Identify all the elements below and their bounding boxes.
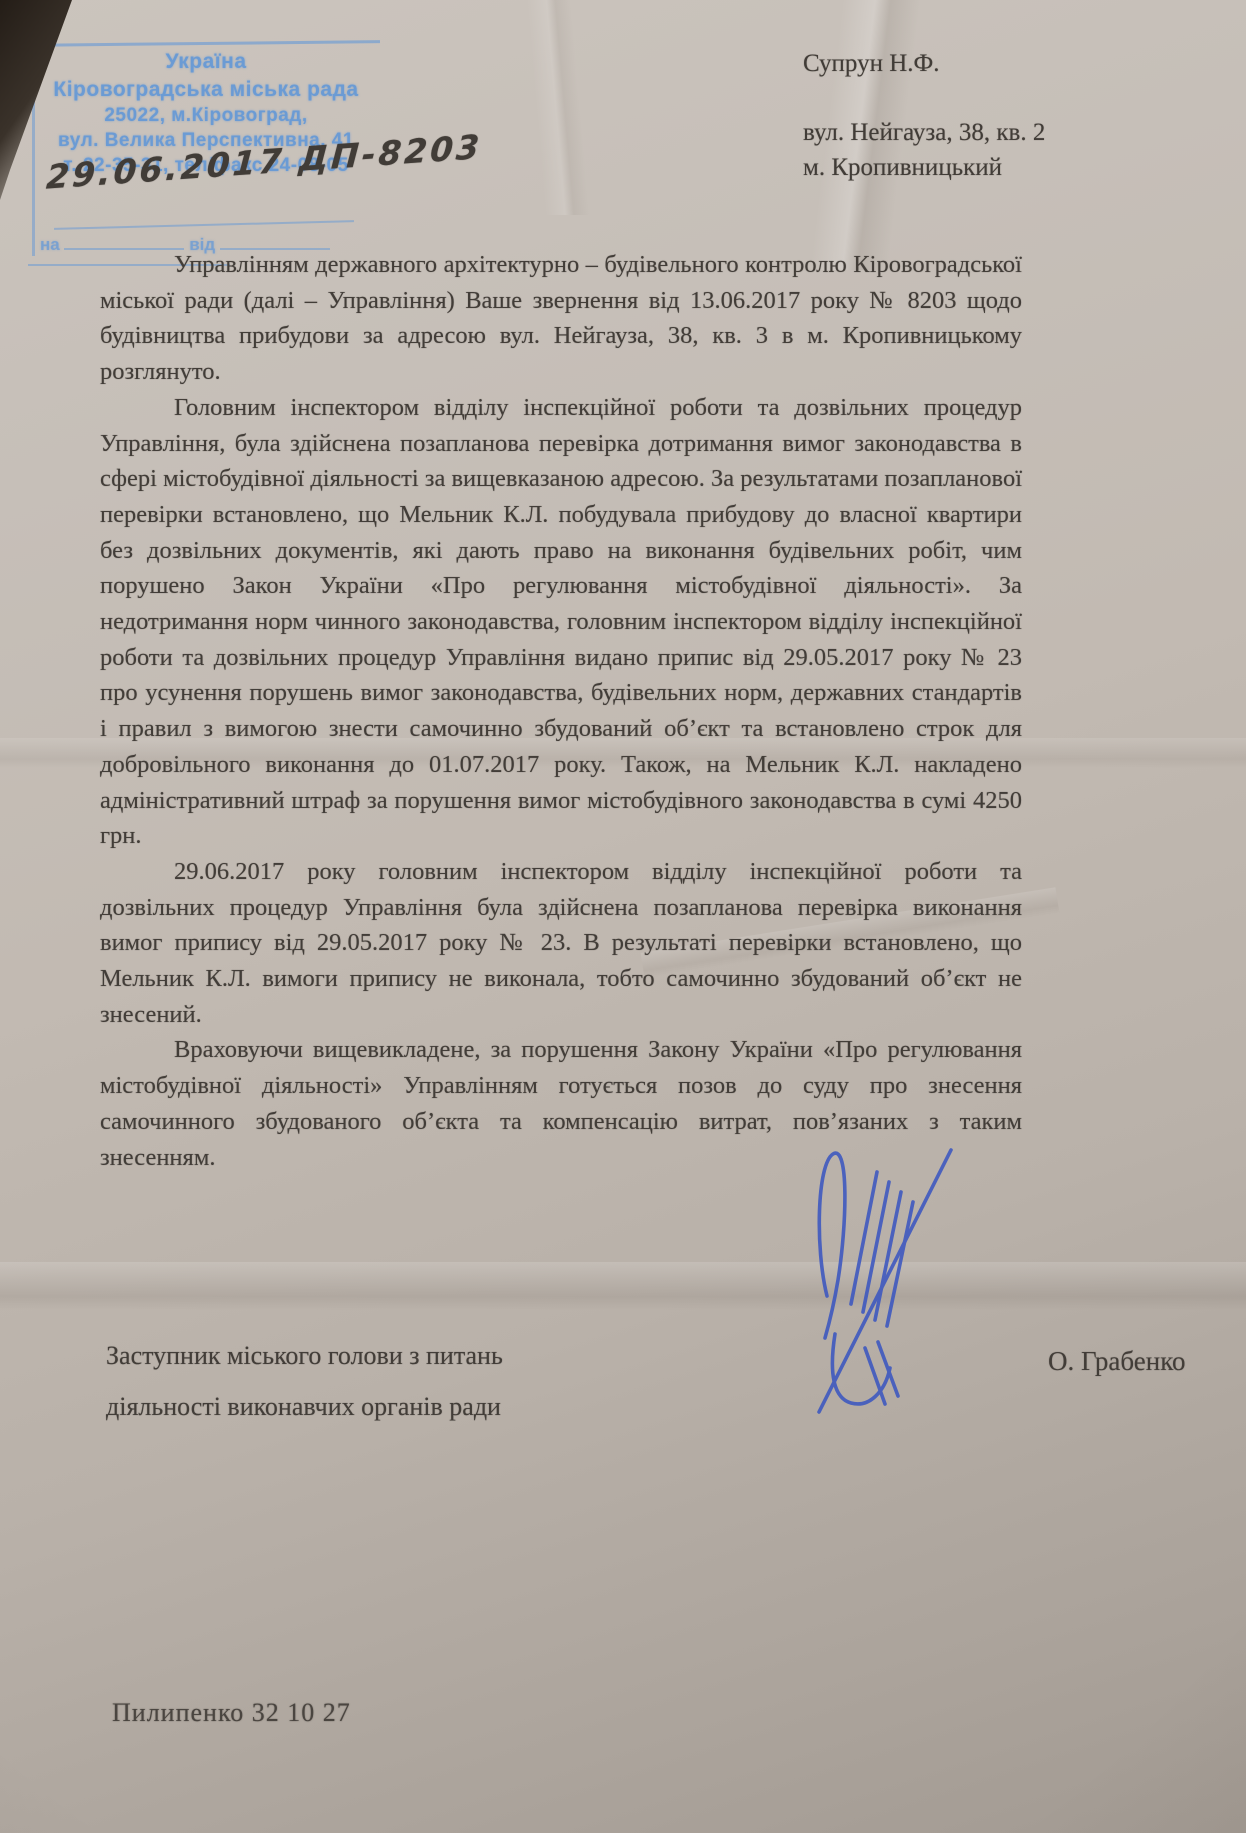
stamp-frame-top bbox=[28, 40, 380, 47]
stamp-frame-left bbox=[32, 42, 35, 256]
handwritten-signature bbox=[793, 1128, 993, 1428]
stamp-field-na-label: на bbox=[40, 235, 60, 254]
body-paragraph-3: 29.06.2017 року головним інспектором від… bbox=[100, 854, 1022, 1033]
signoff-position-line1: Заступник міського голови з питань bbox=[106, 1330, 626, 1381]
signoff-position-line2: діяльності виконавчих органів ради bbox=[106, 1381, 626, 1432]
paper-crease bbox=[0, 1262, 1246, 1310]
recipient-address-line2: м. Кропивницький bbox=[803, 150, 1223, 185]
body-paragraph-1: Управлінням державного архітектурно – бу… bbox=[100, 247, 1022, 390]
stamp-country: Україна bbox=[36, 50, 376, 74]
body-paragraph-2: Головним інспектором відділу інспекційно… bbox=[100, 390, 1022, 854]
recipient-name: Супрун Н.Ф. bbox=[803, 46, 1223, 81]
stamp-underline bbox=[54, 220, 354, 230]
scanned-letter-photo: Україна Кіровоградська міська рада 25022… bbox=[0, 0, 1246, 1833]
stamp-address-line1: 25022, м.Кіровоград, bbox=[36, 105, 376, 127]
recipient-address-line1: вул. Нейгауза, 38, кв. 2 bbox=[803, 115, 1223, 150]
signoff-position: Заступник міського голови з питань діяль… bbox=[106, 1330, 626, 1432]
paper-crease bbox=[527, 0, 590, 215]
stamp-organization: Кіровоградська міська рада bbox=[36, 78, 376, 102]
letter-body: Управлінням державного архітектурно – бу… bbox=[100, 247, 1022, 1175]
signer-name: О. Грабенко bbox=[1048, 1346, 1185, 1377]
executor-contact: Пилипенко 32 10 27 bbox=[112, 1698, 351, 1728]
recipient-block: Супрун Н.Ф. вул. Нейгауза, 38, кв. 2 м. … bbox=[803, 46, 1223, 185]
